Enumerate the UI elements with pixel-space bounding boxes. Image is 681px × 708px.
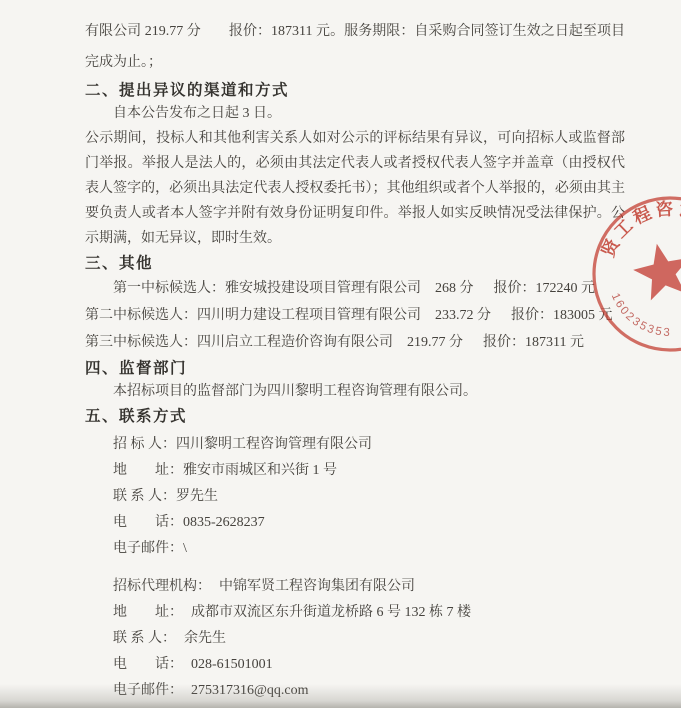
tenderer-phone-value: 0835-2628237 (183, 515, 265, 530)
candidate-3-score: 219.77 分 (407, 335, 463, 350)
candidate-1-price: 报价：172240 元 (494, 281, 596, 296)
section-heading-contact: 五、联系方式 (85, 406, 625, 428)
agency-email-label: 电子邮件： (113, 683, 183, 698)
tenderer-person-value: 罗先生 (176, 489, 218, 504)
candidate-row-3: 第三中标候选人：四川启立工程造价咨询有限公司219.77 分报价：187311 … (85, 329, 625, 356)
tenderer-phone-label: 电 话： (113, 515, 183, 530)
agency-person-row: 联 系 人：余先生 (85, 626, 625, 652)
agency-phone-row: 电 话：028-61501001 (85, 652, 625, 678)
section-heading-objection: 二、提出异议的渠道和方式 (85, 80, 625, 102)
candidate-2-label: 第二中标候选人： (85, 308, 197, 323)
agency-person-label: 联 系 人： (113, 631, 176, 646)
objection-paragraph: 公示期间，投标人和其他利害关系人如对公示的评标结果有异议，可向招标人或监督部门举… (85, 126, 625, 251)
tenderer-address-row: 地 址：雅安市雨城区和兴街 1 号 (85, 458, 625, 484)
tenderer-phone-row: 电 话：0835-2628237 (85, 510, 625, 536)
candidate-1-label: 第一中标候选人： (113, 281, 225, 296)
document-page: 有限公司 219.77 分 报价：187311 元。服务期限：自采购合同签订生效… (0, 0, 681, 704)
candidate-2-price: 报价：183005 元 (511, 308, 613, 323)
continued-paragraph: 有限公司 219.77 分 报价：187311 元。服务期限：自采购合同签订生效… (85, 16, 625, 78)
agency-address-value: 成都市双流区东升街道龙桥路 6 号 132 栋 7 楼 (191, 605, 471, 620)
candidate-row-1: 第一中标候选人：雅安城投建设项目管理有限公司268 分报价：172240 元 (85, 275, 625, 302)
agency-address-row: 地 址：成都市双流区东升街道龙桥路 6 号 132 栋 7 楼 (85, 600, 625, 626)
agency-name-row: 招标代理机构：中锦军贤工程咨询集团有限公司 (85, 574, 625, 600)
tenderer-address-label: 地 址： (113, 463, 183, 478)
tenderer-email-row: 电子邮件：\ (85, 536, 625, 562)
agency-email-value: 275317316@qq.com (191, 683, 309, 698)
candidate-row-2: 第二中标候选人：四川明力建设工程项目管理有限公司233.72 分报价：18300… (85, 302, 625, 329)
agency-address-label: 地 址： (113, 605, 183, 620)
agency-phone-label: 电 话： (113, 657, 183, 672)
agency-name-label: 招标代理机构： (113, 579, 211, 594)
tenderer-email-label: 电子邮件： (113, 541, 183, 556)
candidate-2-company: 四川明力建设工程项目管理有限公司 (197, 308, 421, 323)
candidate-1-score: 268 分 (435, 281, 474, 296)
candidate-3-price: 报价：187311 元 (483, 335, 584, 350)
tenderer-email-value: \ (183, 541, 187, 556)
tenderer-name-label: 招 标 人： (113, 437, 176, 452)
agency-person-value: 余先生 (184, 631, 226, 646)
objection-deadline-text: 自本公告发布之日起 3 日。 (85, 102, 625, 126)
agency-email-row: 电子邮件：275317316@qq.com (85, 678, 625, 704)
tenderer-person-row: 联 系 人：罗先生 (85, 484, 625, 510)
section-heading-supervision: 四、监督部门 (85, 358, 625, 380)
candidate-2-score: 233.72 分 (435, 308, 491, 323)
tenderer-person-label: 联 系 人： (113, 489, 176, 504)
agency-contact-block: 招标代理机构：中锦军贤工程咨询集团有限公司 地 址：成都市双流区东升街道龙桥路 … (85, 574, 625, 704)
candidate-3-label: 第三中标候选人： (85, 335, 197, 350)
candidate-1-company: 雅安城投建设项目管理有限公司 (225, 281, 421, 296)
tenderer-contact-block: 招 标 人：四川黎明工程咨询管理有限公司 地 址：雅安市雨城区和兴街 1 号 联… (85, 432, 625, 562)
section-heading-other: 三、其他 (85, 253, 625, 275)
supervision-text: 本招标项目的监督部门为四川黎明工程咨询管理有限公司。 (85, 380, 625, 404)
tenderer-address-value: 雅安市雨城区和兴街 1 号 (183, 463, 337, 478)
candidate-3-company: 四川启立工程造价咨询有限公司 (197, 335, 393, 350)
agency-phone-value: 028-61501001 (191, 657, 273, 672)
agency-name-value: 中锦军贤工程咨询集团有限公司 (219, 579, 415, 594)
tenderer-name-row: 招 标 人：四川黎明工程咨询管理有限公司 (85, 432, 625, 458)
tenderer-name-value: 四川黎明工程咨询管理有限公司 (176, 437, 372, 452)
